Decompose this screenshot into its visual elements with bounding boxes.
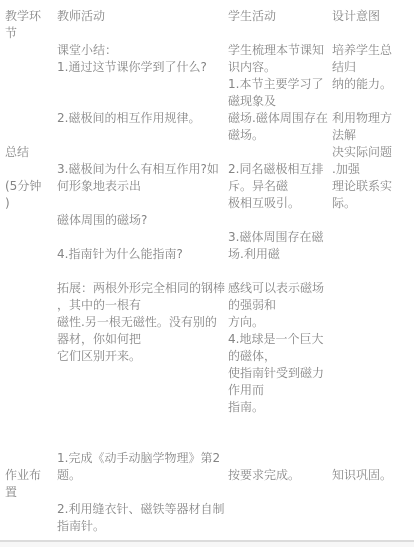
text-line: 作业布 [5,467,57,484]
text-line [228,212,332,229]
text-line [5,127,57,144]
text-line [57,76,229,93]
text-line: 磁场。 [228,127,332,144]
text-line [57,263,229,280]
text-line: 的磁体， [228,348,332,365]
text-line [228,518,332,535]
text-line: 磁场.磁体周围存在 [228,110,332,127]
text-line: 指南。 [228,399,332,416]
text-line [332,365,414,382]
text-line: 场.利用磁 [228,246,332,263]
text-line: 器材，你如何把 [57,331,229,348]
text-line [5,501,57,518]
text-line [228,450,332,467]
text-line [332,212,414,229]
text-line [228,501,332,518]
text-line: 总结 [5,144,57,161]
text-line [57,365,229,382]
text-line: 的强弱和 [228,297,332,314]
text-line [332,246,414,263]
text-line: 作用而 [228,382,332,399]
text-line [57,25,229,42]
text-line: 它们区别开来。 [57,348,229,365]
text-line: 际。 [332,195,414,212]
text-line [332,331,414,348]
text-line: 3.磁体周围存在磁 [228,229,332,246]
text-line: 感线可以表示磁场 [228,280,332,297]
text-line [228,416,332,433]
text-line [57,93,229,110]
text-line [5,331,57,348]
text-line [5,246,57,263]
column-design-intent: 设计意图培养学生总结归纳的能力。利用物理方法解决实际问题.加强理论联系实际。知识… [332,8,414,535]
text-line [332,229,414,246]
text-line: (5分钟 [5,178,57,195]
text-line: 磁体周围的磁场? [57,212,229,229]
text-line: 培养学生总 [332,42,414,59]
text-line [5,229,57,246]
text-line [332,297,414,314]
footer-strip [0,542,414,547]
text-line [228,263,332,280]
text-line: 决实际问题 [332,144,414,161]
text-line: 极相互吸引。 [228,195,332,212]
text-line: 4.地球是一个巨大 [228,331,332,348]
text-line: 4.指南针为什么能指南? [57,246,229,263]
text-line: 理论联系实 [332,178,414,195]
text-line [332,314,414,331]
text-line: 课堂小结： [57,42,229,59]
text-line [332,382,414,399]
text-line: 学生活动 [228,8,332,25]
text-line [57,229,229,246]
text-line [5,382,57,399]
text-line: 斥。异名磁 [228,178,332,195]
column-teaching-stage: 教学环节总结(5分钟)作业布置 [5,8,57,535]
text-line: 磁现象及 [228,93,332,110]
column-student-activity: 学生活动学生梳理本节课知识内容。1.本节主要学习了磁现象及磁场.磁体周围存在磁场… [228,8,332,535]
text-line [5,212,57,229]
text-line [57,144,229,161]
text-line [57,399,229,416]
text-line: .加强 [332,161,414,178]
text-line [5,263,57,280]
text-line [57,195,229,212]
column-teacher-activity: 教师活动课堂小结：1.通过这节课你学到了什么?2.磁极间的相互作用规律。3.磁极… [57,8,229,535]
text-line: 结归 [332,59,414,76]
text-line [57,433,229,450]
text-line: 设计意图 [332,8,414,25]
text-line: 1.本节主要学习了 [228,76,332,93]
text-line: 3.磁极间为什么有相互作用?如 [57,161,229,178]
text-line: 题。 [57,467,229,484]
text-line [5,348,57,365]
text-line [5,59,57,76]
text-line [5,93,57,110]
text-line: ，其中的一根有 [57,297,229,314]
text-line [332,484,414,501]
text-line: 识内容。 [228,59,332,76]
text-line [5,280,57,297]
text-line [5,416,57,433]
text-line [332,93,414,110]
text-line [332,501,414,518]
text-line: 教学环 [5,8,57,25]
text-line [332,416,414,433]
text-line [332,263,414,280]
text-line [332,518,414,535]
text-line: 方向。 [228,314,332,331]
text-line [5,518,57,535]
text-line: 利用物理方 [332,110,414,127]
text-line [5,399,57,416]
text-line [332,433,414,450]
text-line [228,484,332,501]
text-line: 置 [5,484,57,501]
text-line [57,484,229,501]
lesson-plan-page: 教学环节总结(5分钟)作业布置 教师活动课堂小结：1.通过这节课你学到了什么?2… [0,0,414,547]
text-line [5,433,57,450]
text-line: 法解 [332,127,414,144]
text-line [5,76,57,93]
text-line: 学生梳理本节课知 [228,42,332,59]
text-line [57,127,229,144]
text-line: 1.通过这节课你学到了什么? [57,59,229,76]
text-line [57,382,229,399]
text-line: 拓展：两根外形完全相同的钢棒 [57,280,229,297]
text-line [228,25,332,42]
text-line [5,450,57,467]
text-line: 节 [5,25,57,42]
text-line: 纳的能力。 [332,76,414,93]
text-line [332,348,414,365]
text-line [5,365,57,382]
text-line: 1.完成《动手动脑学物理》第2 [57,450,229,467]
text-line [332,280,414,297]
text-line: 使指南针受到磁力 [228,365,332,382]
text-line [228,144,332,161]
text-line [332,399,414,416]
text-line [5,161,57,178]
text-line: 教师活动 [57,8,229,25]
text-line [57,416,229,433]
text-line: 2.利用缝衣针、磁铁等器材自制 [57,501,229,518]
text-line [5,42,57,59]
text-line: 何形象地表示出 [57,178,229,195]
text-line: ) [5,195,57,212]
text-line [228,433,332,450]
text-line [332,450,414,467]
text-line: 磁性.另一根无磁性。没有别的 [57,314,229,331]
text-line: 2.同名磁极相互排 [228,161,332,178]
text-line: 2.磁极间的相互作用规律。 [57,110,229,127]
text-line: 按要求完成。 [228,467,332,484]
text-line [5,297,57,314]
text-line: 指南针。 [57,518,229,535]
text-line: 知识巩固。 [332,467,414,484]
text-line [5,110,57,127]
text-line [332,25,414,42]
text-line [5,314,57,331]
